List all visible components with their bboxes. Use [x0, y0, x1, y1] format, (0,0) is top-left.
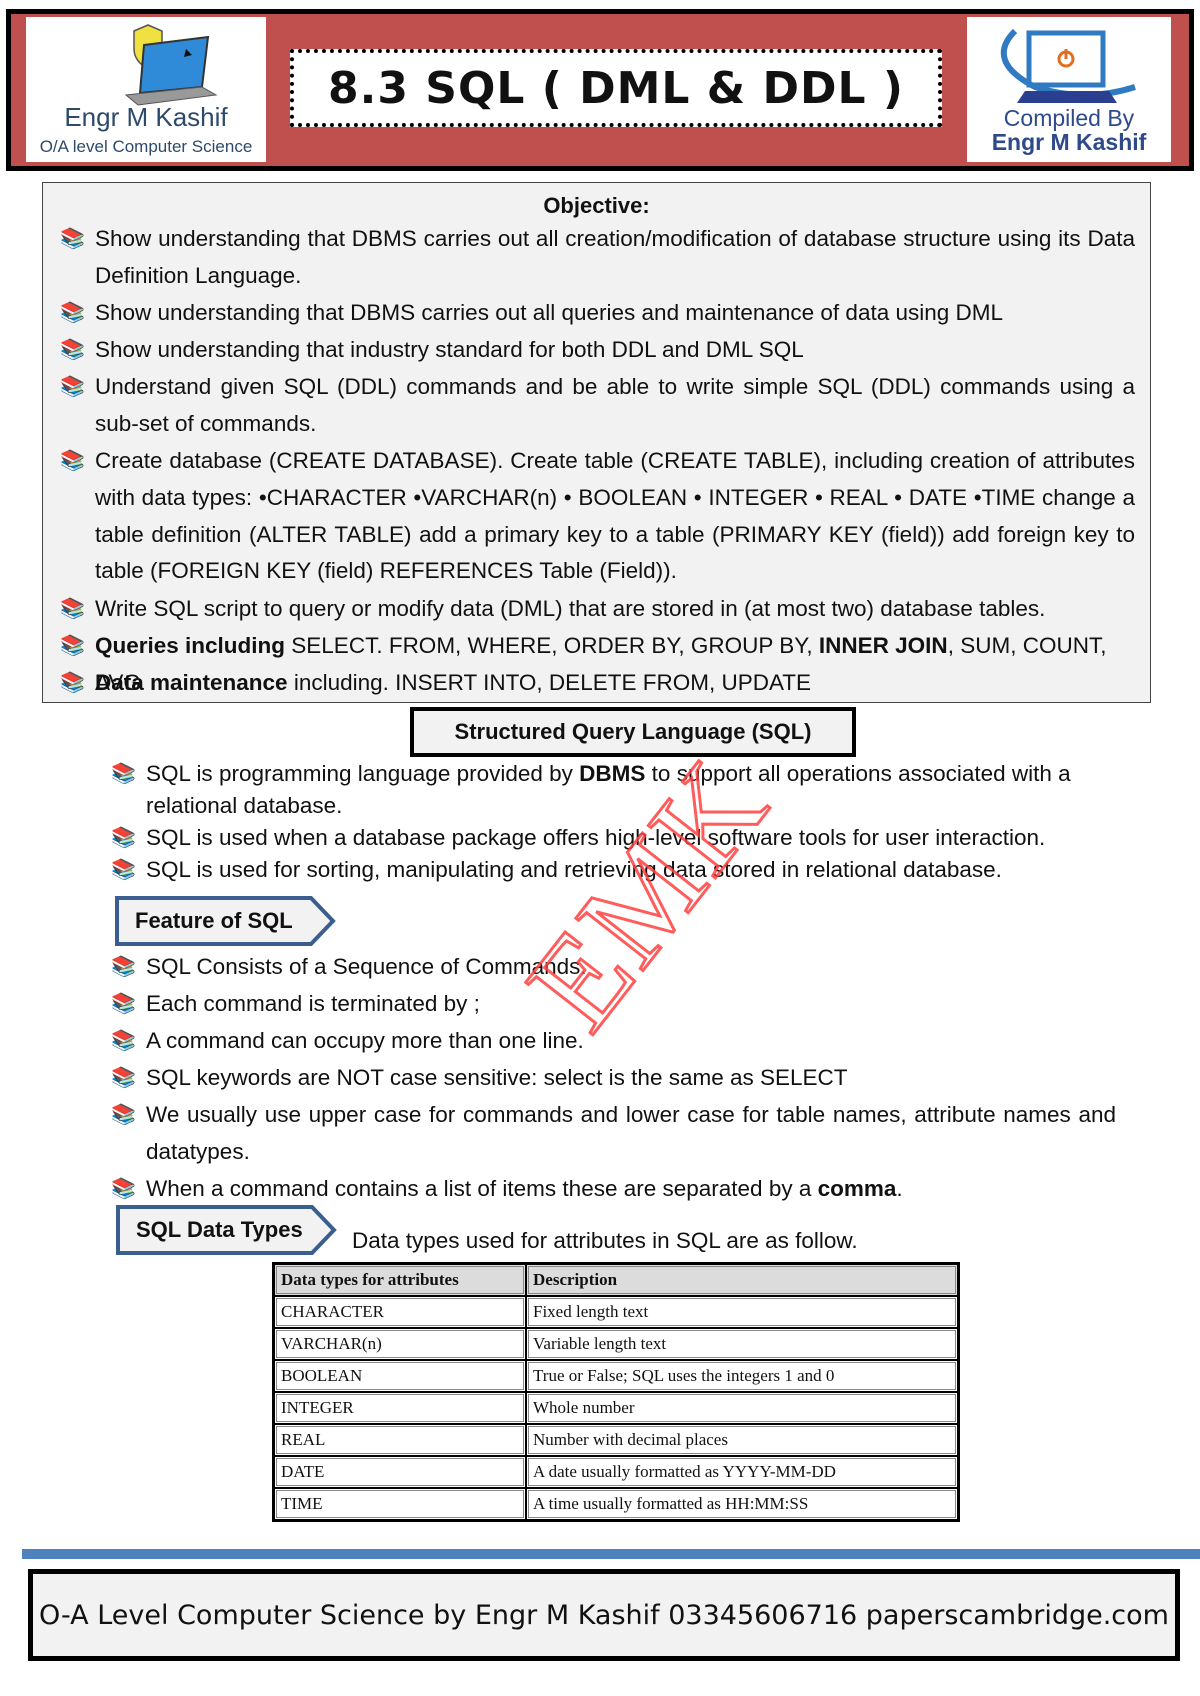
sql-data-types-tag: SQL Data Types: [116, 1205, 338, 1255]
description-cell: Number with decimal places: [526, 1424, 958, 1456]
book-icon: 📚: [111, 986, 135, 1023]
objective-title: Objective:: [43, 193, 1150, 219]
feature-item: 📚 SQL keywords are NOT case sensitive: s…: [146, 1060, 1126, 1097]
book-icon: 📚: [60, 295, 84, 332]
column-header: Data types for attributes: [274, 1264, 526, 1296]
data-types-table: Data types for attributes Description CH…: [272, 1262, 960, 1522]
table-row: DATEA date usually formatted as YYYY-MM-…: [274, 1456, 958, 1488]
computer-power-icon: [967, 17, 1171, 107]
book-icon: 📚: [111, 822, 135, 854]
book-icon: 📚: [60, 591, 84, 628]
description-cell: Fixed length text: [526, 1296, 958, 1328]
book-icon: 📚: [60, 221, 84, 258]
description-cell: Whole number: [526, 1392, 958, 1424]
book-icon: 📚: [60, 628, 84, 665]
objective-item: 📚 Data maintenance including. INSERT INT…: [95, 665, 1135, 702]
compiled-by-name: Engr M Kashif: [967, 129, 1171, 156]
sql-data-types-heading: SQL Data Types: [136, 1217, 303, 1243]
book-icon: 📚: [111, 1060, 135, 1097]
book-icon: 📚: [60, 369, 84, 406]
compiled-by-label: Compiled By: [967, 105, 1171, 132]
footer-divider: [22, 1549, 1200, 1559]
book-icon: 📚: [60, 332, 84, 369]
book-icon: 📚: [111, 949, 135, 986]
feature-item: 📚 SQL Consists of a Sequence of Commands…: [146, 949, 1126, 986]
data-type-cell: REAL: [274, 1424, 526, 1456]
objective-item: 📚 Understand given SQL (DDL) commands an…: [95, 369, 1135, 443]
right-logo: Compiled By Engr M Kashif: [967, 17, 1171, 162]
table-header-row: Data types for attributes Description: [274, 1264, 958, 1296]
footer-text: O-A Level Computer Science by Engr M Kas…: [39, 1600, 1169, 1631]
data-type-cell: BOOLEAN: [274, 1360, 526, 1392]
book-icon: 📚: [111, 758, 135, 790]
feature-of-sql-heading: Feature of SQL: [135, 908, 293, 934]
objective-item: 📚 Show understanding that industry stand…: [95, 332, 1135, 369]
table-row: TIMEA time usually formatted as HH:MM:SS: [274, 1488, 958, 1520]
book-icon: 📚: [111, 854, 135, 886]
feature-item: 📚 Each command is terminated by ;: [146, 986, 1126, 1023]
data-type-cell: INTEGER: [274, 1392, 526, 1424]
book-icon: 📚: [111, 1023, 135, 1060]
sql-item: 📚 SQL is used when a database package of…: [146, 822, 1126, 854]
book-icon: 📚: [60, 665, 84, 702]
data-type-cell: VARCHAR(n): [274, 1328, 526, 1360]
objective-item: 📚 Show understanding that DBMS carries o…: [95, 295, 1135, 332]
table-row: VARCHAR(n)Variable length text: [274, 1328, 958, 1360]
column-header: Description: [526, 1264, 958, 1296]
objective-item: 📚 Write SQL script to query or modify da…: [95, 591, 1135, 628]
left-logo-subtitle: O/A level Computer Science: [26, 137, 266, 157]
sql-section-heading: Structured Query Language (SQL): [410, 707, 856, 757]
left-logo-name: Engr M Kashif: [26, 102, 266, 133]
feature-item: 📚 When a command contains a list of item…: [146, 1171, 1126, 1208]
book-icon: 📚: [60, 443, 84, 480]
sql-item: 📚 SQL is programming language provided b…: [146, 758, 1126, 822]
table-row: INTEGERWhole number: [274, 1392, 958, 1424]
data-type-cell: DATE: [274, 1456, 526, 1488]
table-row: REALNumber with decimal places: [274, 1424, 958, 1456]
objective-item: 📚 Show understanding that DBMS carries o…: [95, 221, 1135, 295]
description-cell: Variable length text: [526, 1328, 958, 1360]
laptop-shield-icon: [26, 17, 266, 107]
table-row: BOOLEANTrue or False; SQL uses the integ…: [274, 1360, 958, 1392]
left-logo: Engr M Kashif O/A level Computer Science: [26, 17, 266, 162]
footer-box: O-A Level Computer Science by Engr M Kas…: [28, 1569, 1180, 1661]
book-icon: 📚: [111, 1171, 135, 1208]
data-types-intro: Data types used for attributes in SQL ar…: [352, 1228, 858, 1254]
data-type-cell: TIME: [274, 1488, 526, 1520]
description-cell: True or False; SQL uses the integers 1 a…: [526, 1360, 958, 1392]
data-type-cell: CHARACTER: [274, 1296, 526, 1328]
objective-item: 📚 Create database (CREATE DATABASE). Cre…: [95, 443, 1135, 590]
book-icon: 📚: [111, 1097, 135, 1134]
sql-item: 📚 SQL is used for sorting, manipulating …: [146, 854, 1126, 886]
page-title-box: 8.3 SQL ( DML & DDL ): [290, 49, 942, 127]
description-cell: A time usually formatted as HH:MM:SS: [526, 1488, 958, 1520]
feature-item: 📚 A command can occupy more than one lin…: [146, 1023, 1126, 1060]
table-row: CHARACTERFixed length text: [274, 1296, 958, 1328]
description-cell: A date usually formatted as YYYY-MM-DD: [526, 1456, 958, 1488]
objective-panel: Objective: 📚 Show understanding that DBM…: [42, 182, 1151, 703]
feature-of-sql-tag: Feature of SQL: [115, 896, 337, 946]
feature-item: 📚 We usually use upper case for commands…: [146, 1097, 1116, 1171]
page-title: 8.3 SQL ( DML & DDL ): [328, 63, 904, 114]
